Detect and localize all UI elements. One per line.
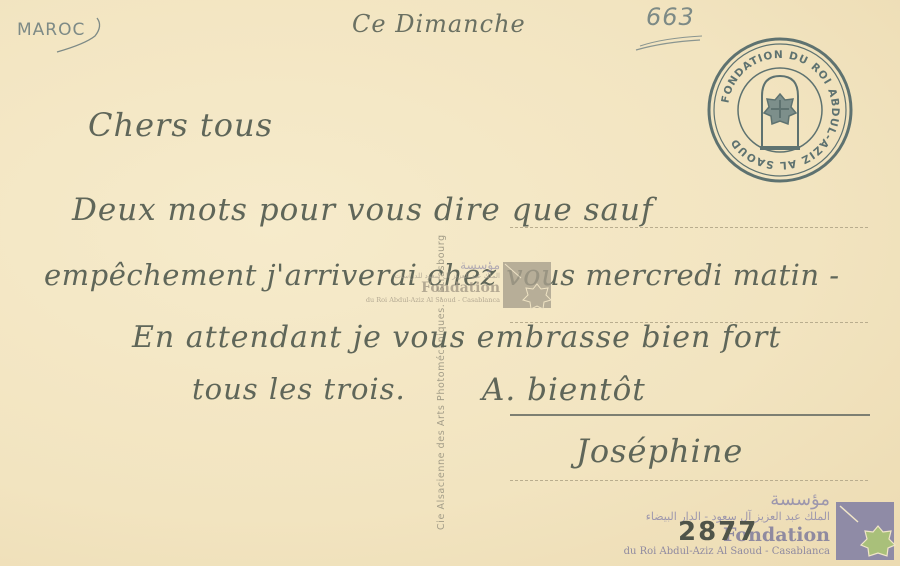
header-note: Ce Dimanche (352, 10, 526, 38)
address-line-4 (510, 480, 868, 481)
center-watermark: مؤسسة الملك عبد العزيز آل سعود للدراسات … (340, 258, 500, 304)
corner-watermark-subtitle: du Roi Abdul-Aziz Al Saoud - Casablanca (610, 546, 830, 558)
center-watermark-subtitle: du Roi Abdul-Aziz Al Saoud - Casablanca (340, 296, 500, 304)
center-watermark-title: Fondation (340, 280, 500, 296)
inventory-number: 2877 (678, 517, 758, 547)
publisher-imprint: Cie Alsacienne des Arts Photomécaniques.… (436, 90, 452, 530)
letter-line-4: tous les trois. (192, 372, 406, 406)
pencil-number-underline (634, 34, 704, 54)
corner-watermark-logo (834, 500, 898, 564)
corner-watermark-arabic-title: مؤسسة (610, 490, 830, 510)
letter-line-1: Deux mots pour vous dire que sauf (72, 192, 653, 228)
pencil-number-note: 663 (646, 3, 695, 31)
center-watermark-arabic-title: مؤسسة (340, 258, 500, 272)
letter-salutation: Chers tous (88, 106, 273, 144)
letter-line-3: En attendant je vous embrasse bien fort (132, 320, 781, 355)
postcard-back: MAROC 663 Ce Dimanche Cie Alsacienne des… (0, 0, 900, 566)
foundation-stamp: FONDATION DU ROI ABDUL-AZIZ AL SAOUD (706, 36, 854, 184)
pencil-underline (55, 14, 105, 56)
center-watermark-logo (503, 262, 555, 310)
center-watermark-arabic-sub: الملك عبد العزيز آل سعود للدراسات (340, 272, 500, 280)
letter-closing: A. bientôt (482, 372, 646, 408)
address-line-3 (510, 414, 870, 416)
letter-signature: Joséphine (576, 432, 743, 470)
